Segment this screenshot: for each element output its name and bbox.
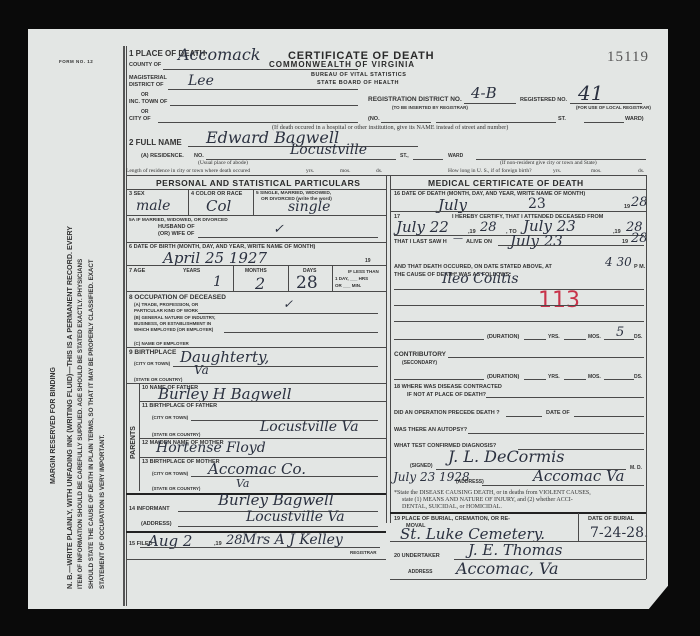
occ-a-2: PARTICULAR KIND OF WORK [134,308,198,313]
margin-instruction-3: SHOULD STATE THE CAUSE OF DEATH IN PLAIN… [86,259,97,589]
registered-note: (FOR USE OF LOCAL REGISTRAR) [576,105,651,110]
spouse-label-3: (OR) WIFE OF [158,231,194,237]
date-of-death-label: 16 DATE OF DEATH (MONTH, DAY, AND YEAR, … [394,191,585,197]
cause-code-stamp: 113 [538,288,580,313]
undertaker-address-value: Accomac, Va [456,559,559,578]
parents-side-label: PARENTS [128,426,139,459]
race-divider [253,189,254,215]
alive-on-value: July 23 [510,232,563,250]
dur-yrs-line [524,339,546,340]
duration2-label: (DURATION) [487,374,519,380]
form-left-border [123,46,125,606]
row6-line [126,265,386,266]
undertaker-address-label: ADDRESS [408,569,432,575]
cause-line-2 [394,305,644,306]
registered-no-label: REGISTERED NO. [520,97,567,103]
md-label: M. D. [630,465,642,471]
foreign-birth-label: How long in U. S., if of foreign birth? [448,168,532,174]
father-bp-line [139,438,386,439]
length-yrs: yrs. [306,168,314,174]
death-time-value: 4 30 [605,255,632,269]
margin-instruction-1: N. B.—WRITE PLAINLY, WITH UNFADING INK (… [64,226,75,589]
city-of-label: CITY OF [129,116,151,122]
dur2-ds-line [604,379,634,380]
birthplace-city-label: (CITY OR TOWN) [134,361,170,366]
father-line [139,401,386,402]
mother-line [139,457,386,458]
form-number: FORM NO. 12 [59,59,93,64]
registration-district-value: 4-B [471,84,497,102]
or-label-2: OR [141,109,149,115]
father-bp-value: Locustville Va [260,419,359,435]
race-value: Col [206,197,231,215]
duration-yrs: YRS. [548,334,560,340]
death-day-value: 23 [528,196,546,212]
age-div-1 [233,265,234,291]
death-occurred-label: AND THAT DEATH OCCURED, ON DATE STATED A… [394,264,552,270]
father-bp-state-label: (STATE OR COUNTRY) [152,432,200,437]
informant-label: 14 INFORMANT [129,506,170,512]
occ-a-1: (A) TRADE, PROFESSION, OR [134,302,198,307]
personal-head-line [126,189,386,190]
registrar-label: REGISTRAR [350,550,377,555]
duration-ds-value: 5 [616,325,624,340]
burial-divider [578,513,579,541]
occ-a-line [198,313,378,314]
birthplace-state-label: (STATE OR COUNTRY) [134,377,182,382]
foreign-yrs: yrs. [553,168,561,174]
duration-mos: MOS. [588,334,601,340]
physician-address-line [482,485,644,486]
form-left-border-inner [126,46,127,606]
margin-instruction-4: STATEMENT OF OCCUPATION IS VERY IMPORTAN… [97,435,108,589]
dur2-yrs-line [524,379,546,380]
length-ds: ds. [376,168,382,174]
sex-value: male [136,198,170,214]
residence-label: (A) RESIDENCE. [141,153,184,159]
district-line [464,103,516,104]
physician-address-label: (ADDRESS) [456,479,484,485]
foreign-ds: ds. [638,168,644,174]
magisterial-value: Lee [188,73,214,89]
operation-line [506,416,542,417]
burial-place-label-1: 19 PLACE OF BURIAL, CREMATION, OR RE- [394,516,510,522]
death-certificate: FORM NO. 12 MARGIN RESERVED FOR BINDING … [28,29,668,609]
certificate-number: 15119 [607,49,649,66]
town-line [170,105,358,106]
operation-date-line [574,416,644,417]
abode-note: (Usual place of abode) [198,160,248,166]
footnote-3: DENTAL, SUICIDAL, or HOMICIDAL. [402,504,502,510]
medical-heading: MEDICAL CERTIFICATE OF DEATH [428,178,584,188]
filed-line [140,547,380,548]
magisterial-label: MAGISTERIAL [129,75,167,81]
row16-line [390,211,646,212]
sex-label: 3 SEX [129,191,145,197]
from-year-value: 28 [480,220,497,235]
registered-no-value: 41 [578,81,603,105]
marital-value: single [288,199,330,215]
full-name-label: 2 FULL NAME [129,138,182,147]
occ-b-2: BUSINESS, OR ESTABLISHMENT IN [134,321,211,326]
father-birthplace-label: 11 BIRTHPLACE OF FATHER [142,403,217,409]
alive-on-label: ALIVE ON [466,239,492,245]
column-divider-2 [390,175,391,523]
age-div-3 [332,265,333,291]
age-div-2 [288,265,289,291]
inc-town-label: INC. TOWN OF [129,99,167,105]
physician-address-value: Accomac Va [533,467,624,485]
operation-label: DID AN OPERATION PRECEDE DEATH ? [394,410,500,416]
sex-divider [188,189,189,215]
street-st-label: ST. [558,116,566,122]
nonresident-note: (If non-resident give city or town and S… [500,160,597,166]
days-value: 28 [296,273,318,293]
street-no-line [381,122,431,123]
birthplace-label: 9 BIRTHPLACE [129,349,176,356]
duration2-ds: DS. [634,374,642,380]
burial-date-value: 7-24-28. [590,525,648,541]
signed-label: (SIGNED) [410,463,433,469]
parents-bracket [139,383,140,491]
duration2-yrs: YRS. [548,374,560,380]
burial-date-label: DATE OF BURIAL [588,516,634,522]
mother-bp-city-label: (CITY OR TOWN) [152,471,188,476]
residence-no-label: NO. [194,153,204,159]
less-than-3: OR ___ MIN. [335,283,361,288]
less-than-1: IF LESS THAN [348,269,379,274]
informant-value: Burley Bagwell [218,491,334,509]
margin-instruction-2: ITEM OF INFORMATION SHOULD BE CAREFULLY … [75,259,86,589]
filed-year-value: 28 [226,533,243,548]
last-saw-h-value: — [453,233,463,244]
form-bottom-right-line [390,579,646,580]
dur2-mos-line [564,379,586,380]
duration-label: (DURATION) [487,334,519,340]
mother-value: Hortense Floyd [156,440,266,456]
birthplace-state-value: Va [194,363,209,377]
father-bp-city-label: (CITY OR TOWN) [152,415,188,420]
informant-address-value: Locustville Va [246,509,345,525]
where-contracted-label-1: 18 WHERE WAS DISEASE CONTRACTED [394,384,502,390]
city-line [158,122,358,123]
operation-date-label: DATE OF [546,410,570,416]
years-value: 1 [213,274,222,290]
foreign-mos: mos. [591,168,602,174]
where-line [486,397,644,398]
age-label: 7 AGE [129,268,145,274]
undertaker-label: 20 UNDERTAKER [394,553,440,559]
row5a-line [126,242,386,243]
death-19: 19 [624,204,630,210]
row9-line [126,383,386,384]
occupation-label: 8 OCCUPATION OF DECEASED [129,294,226,301]
margin-binding-note: MARGIN RESERVED FOR BINDING [48,367,59,484]
occ-c: (C) NAME OF EMPLOYER [134,341,189,346]
residence-value: Locustville [290,142,367,158]
marital-label-1: 5 SINGLE, MARRIED, WIDOWED, [256,191,331,196]
district-note: (TO BE INSERTED BY REGISTRAR) [392,105,468,110]
duration-ds: DS. [634,334,642,340]
medical-bottom-line [390,512,646,514]
occ-b-line [224,332,378,333]
length-residence-label: Length of residence in city or town wher… [126,168,250,174]
footnote-1: *State the DISEASE CAUSING DEATH, or in … [394,490,591,496]
informant-address-label: (ADDRESS) [141,521,172,527]
contributory-label: CONTRIBUTORY [394,351,446,358]
magisterial-line [168,89,358,90]
row3-line [126,215,386,216]
pm-label: P M. [634,264,645,270]
last-saw-label: THAT I LAST SAW H [394,239,447,245]
undertaker-value: J. E. Thomas [468,541,562,559]
autopsy-line [468,433,644,434]
attended-from-value: July 22 [396,218,449,236]
county-label: COUNTY OF [129,62,161,68]
length-mos: mos. [340,168,351,174]
alive-line [498,245,644,246]
occ-a-value: ✓ [283,297,293,311]
mother-bp-city-value: Accomac Co. [208,460,306,478]
form-right-border [646,175,647,579]
bureau: BUREAU OF VITAL STATISTICS [311,72,406,78]
ward-line [584,122,624,123]
duration2-line [394,379,484,380]
ward-label: WARD) [625,116,644,122]
autopsy-label: WAS THERE AN AUTOPSY? [394,427,467,433]
spouse-value: ✓ [273,222,284,237]
medical-head-line [390,189,646,190]
occ-b-1: (B) GENERAL NATURE OF INDUSTRY, [134,315,215,320]
residence-st-label: ST., [400,153,409,159]
contributory-line [448,357,644,358]
occ-b-3: WHICH EMPLOYED (OR EMPLOYER) [134,327,213,332]
spouse-line [198,237,378,238]
where-contracted-label-2: IF NOT AT PLACE OF DEATH? [407,392,486,398]
years-label: YEARS [183,268,200,274]
street-no-label: (NO. [368,116,380,122]
board: STATE BOARD OF HEALTH [317,80,399,86]
registration-district-label: REGISTRATION DISTRICT NO. [368,96,462,103]
cause-value: Ileo Colitis [442,271,519,287]
dur-mos-line [564,339,586,340]
cause-line-1 [394,289,644,290]
secondary-label: (SECONDARY) [402,360,437,366]
personal-heading: PERSONAL AND STATISTICAL PARTICULARS [156,178,360,188]
county-line [163,69,358,70]
duration-line [394,339,484,340]
or-label-1: OR [141,92,149,98]
row7-line [126,291,386,292]
informant-address-line [178,526,378,527]
form-bottom-left-line [126,559,386,560]
mother-bp-state-value: Va [236,477,250,490]
jurisdiction: COMMONWEALTH OF VIRGINIA [269,60,415,69]
duration2-mos: MOS. [588,374,601,380]
district-of-label: DISTRICT OF [129,82,164,88]
residence-ward-label: WARD [448,153,463,159]
street-line [436,122,556,123]
mother-bp-state-label: (STATE OR COUNTRY) [152,486,200,491]
registrar-value: Mrs A J Kelley [242,532,343,548]
dob-19: 19 [365,258,371,264]
footnote-2: state (1) MEANS AND NATURE OF INJURY, an… [402,497,573,503]
spouse-label-1: 5A IF MARRIED, WIDOWED, OR DIVORCED [129,218,228,223]
physician-signature: J. L. DeCormis [448,447,564,466]
cause-line-3 [394,321,644,322]
less-than-2: 1 DAY, ___ HRS [335,276,368,281]
res-st-line [413,159,443,160]
spouse-label-2: HUSBAND OF [158,224,195,230]
county-value: Accomack [178,45,260,64]
column-divider [386,175,387,523]
